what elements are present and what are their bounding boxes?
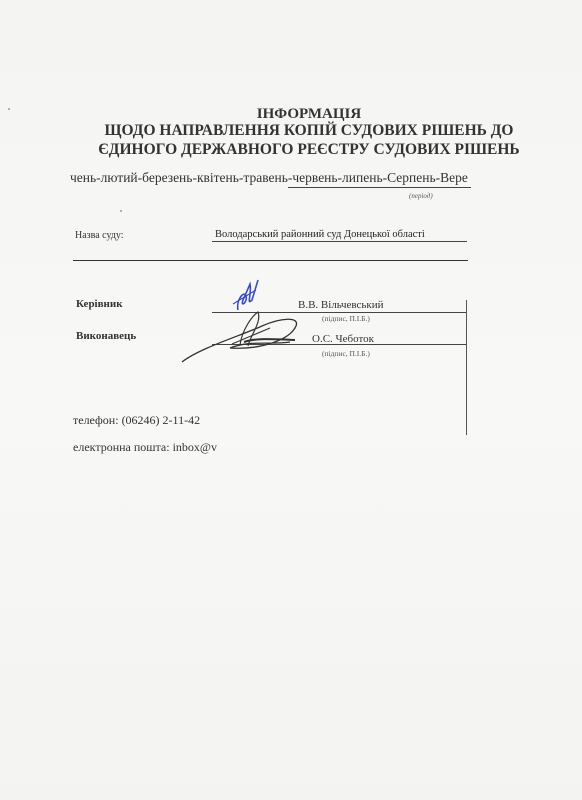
email-text: електронна пошта: inbox@v bbox=[73, 440, 217, 455]
court-underline bbox=[212, 241, 467, 242]
head-name: В.В. Вільчевський bbox=[298, 299, 384, 311]
scan-speck bbox=[120, 210, 122, 212]
document-subtitle-line-2: ЄДИНОГО ДЕРЖАВНОГО РЕЄСТРУ СУДОВИХ РІШЕН… bbox=[0, 141, 582, 159]
head-signature-line bbox=[212, 312, 466, 313]
document-page: ІНФОРМАЦІЯ ЩОДО НАПРАВЛЕННЯ КОПІЙ СУДОВИ… bbox=[0, 0, 582, 800]
period-hint: (період) bbox=[409, 192, 433, 200]
document-title: ІНФОРМАЦІЯ bbox=[0, 106, 582, 123]
margin-vertical-line bbox=[466, 300, 467, 435]
court-name: Володарський районний суд Донецької обла… bbox=[215, 229, 425, 240]
period-underline bbox=[288, 187, 471, 188]
divider-line bbox=[73, 260, 468, 261]
scan-speck bbox=[8, 108, 10, 110]
head-signature-hint: (підпис, П.І.Б.) bbox=[322, 314, 370, 323]
head-label: Керівник bbox=[76, 298, 123, 310]
court-label: Назва суду: bbox=[75, 230, 124, 241]
period-months: чень-лютий-березень-квітень-травень-черв… bbox=[70, 170, 468, 186]
document-subtitle-line-1: ЩОДО НАПРАВЛЕННЯ КОПІЙ СУДОВИХ РІШЕНЬ ДО bbox=[0, 122, 582, 140]
executor-signature-hint: (підпис, П.І.Б.) bbox=[322, 349, 370, 358]
phone-text: телефон: (06246) 2-11-42 bbox=[73, 413, 200, 428]
executor-signature-line bbox=[212, 344, 466, 345]
executor-label: Виконавець bbox=[76, 330, 136, 342]
